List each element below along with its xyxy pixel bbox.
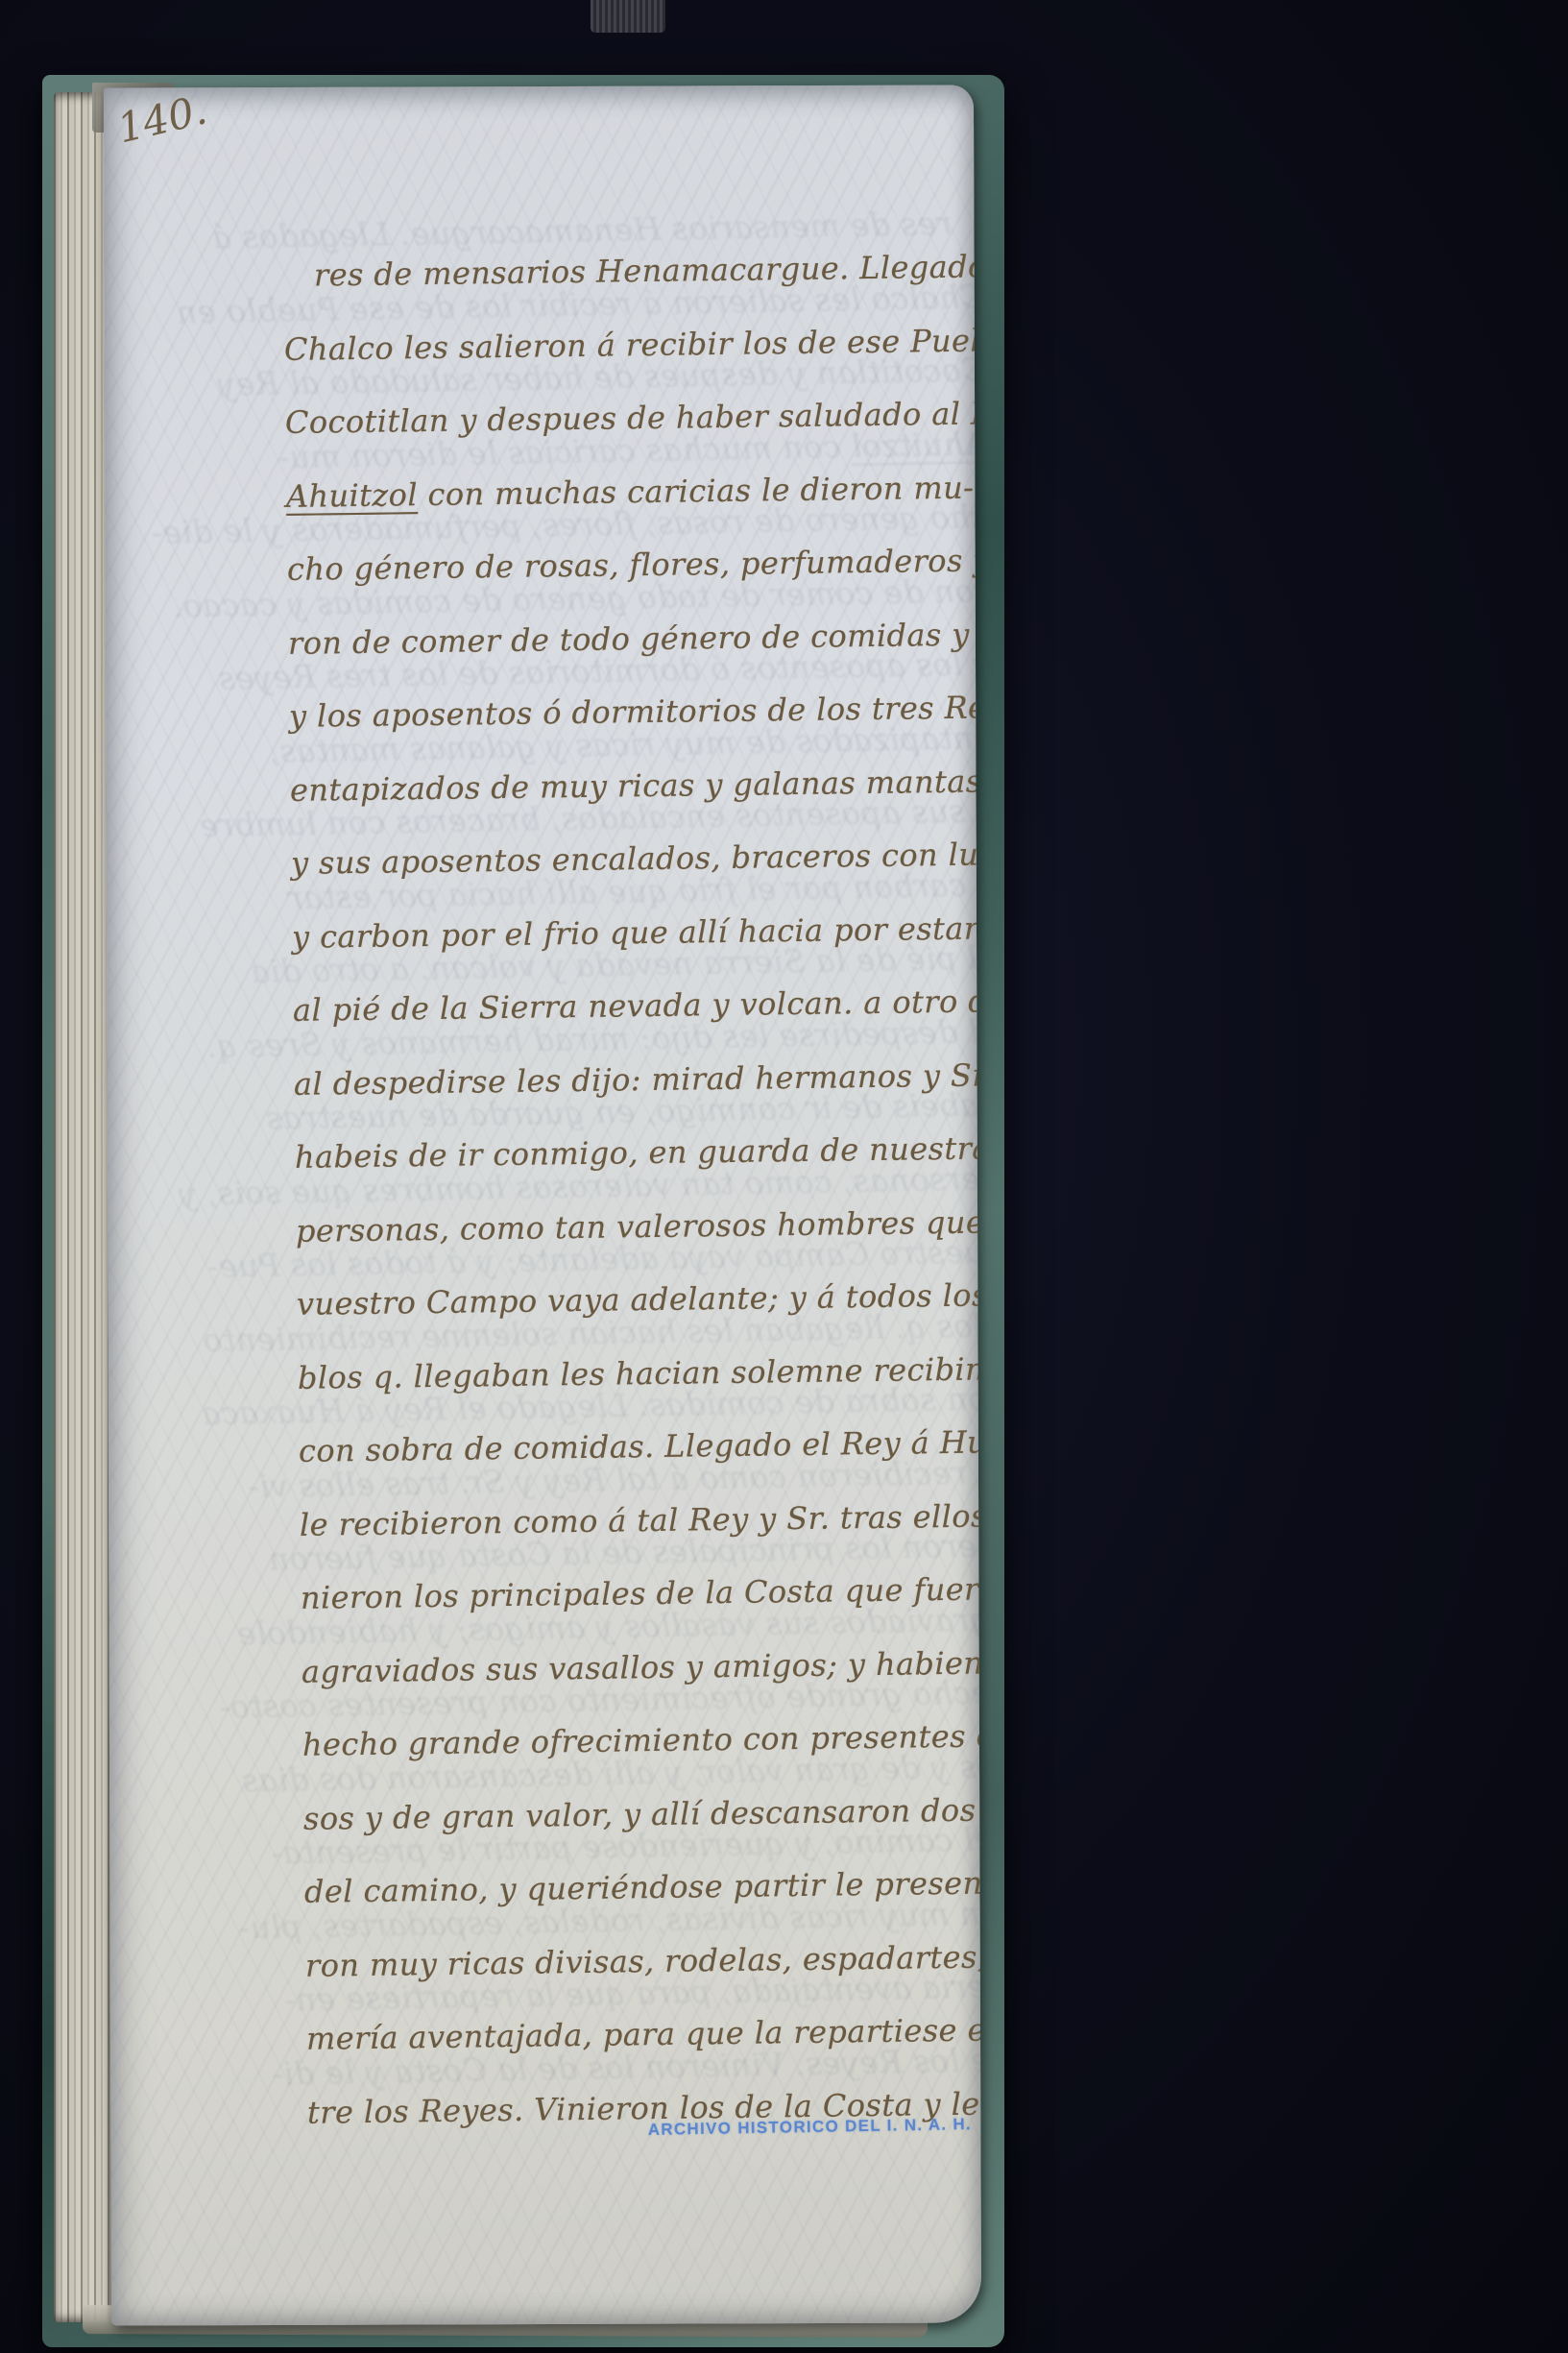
manuscript-line: le recibieron como á tal Rey y Sr. tras … <box>300 1478 982 1562</box>
manuscript-line: y los aposentos ó dormitorios de los tre… <box>288 670 981 754</box>
manuscript-line: mería aventajada, para que la repartiese… <box>306 1993 982 2076</box>
manuscript-line: del camino, y queriéndose partir le pres… <box>304 1846 982 1929</box>
manuscript-line: cho género de rosas, flores, perfumadero… <box>286 523 981 607</box>
manuscript-line: agraviados sus vasallos y amigos; y habi… <box>302 1625 982 1709</box>
manuscript-line: blos q. llegaban les hacian solemne reci… <box>298 1331 982 1415</box>
manuscript-line: al pié de la Sierra nevada y volcan. a o… <box>293 964 982 1048</box>
manuscript-line: nieron los principales de la Costa que f… <box>301 1552 982 1636</box>
manuscript-line: Chalco les salieron á recibir los de ese… <box>283 303 981 386</box>
manuscript-line: entapizados de muy ricas y galanas manta… <box>289 743 981 827</box>
scan-background: 140. res de mensarios Henamacargue. Lleg… <box>0 0 1568 2353</box>
manuscript-line: ron muy ricas divisas, rodelas, espadart… <box>305 1919 982 2002</box>
manuscript-line: hecho grande ofrecimiento con presentes … <box>302 1699 982 1783</box>
manuscript-page: 140. res de mensarios Henamacargue. Lleg… <box>104 85 981 2325</box>
manuscript-line: personas, como tan valerosos hombres que… <box>296 1184 982 1268</box>
folio-number: 140. <box>113 85 211 152</box>
manuscript-line: sos y de gran valor, y allí descansaron … <box>303 1772 982 1856</box>
manuscript-line: ron de comer de todo género de comidas y… <box>287 596 981 680</box>
manuscript-line: res de mensarios Henamacargue. Llegados … <box>282 230 981 313</box>
manuscript-text: res de mensarios Henamacargue. Llegados … <box>282 230 981 2149</box>
manuscript-line: con sobra de comidas. Llegado el Rey á H… <box>299 1405 982 1489</box>
manuscript-line: habeis de ir conmigo, en guarda de nuest… <box>295 1111 982 1195</box>
manuscript-line: Ahuitzol con muchas caricias le dieron m… <box>285 449 981 533</box>
binding-cloth-tab <box>591 0 665 33</box>
manuscript-line: y carbon por el frio que allí hacia por … <box>291 890 981 974</box>
manuscript-line: Cocotitlan y despues de haber saludado a… <box>284 376 981 460</box>
manuscript-line: al despedirse les dijo: mirad hermanos y… <box>294 1037 982 1121</box>
manuscript-line: vuestro Campo vaya adelante; y á todos l… <box>297 1258 982 1342</box>
manuscript-line: y sus aposentos encalados, braceros con … <box>290 817 981 901</box>
underlined-word: Ahuitzol <box>286 476 418 515</box>
